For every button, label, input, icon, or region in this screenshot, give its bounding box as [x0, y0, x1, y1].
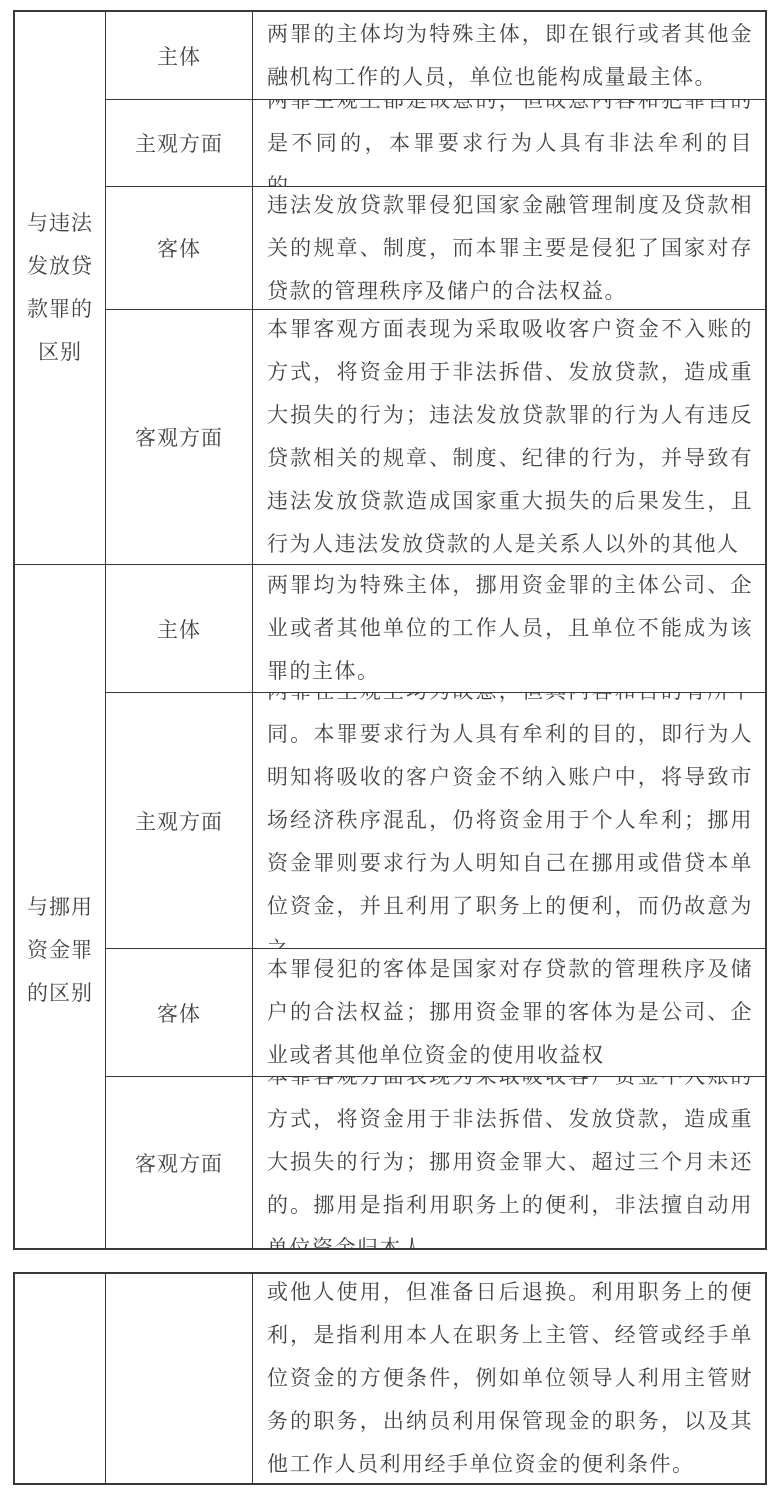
- aspect-cell-object-2: 客体: [105, 948, 252, 1076]
- aspect-label: 客观方面: [135, 1148, 223, 1178]
- empty-aspect-cell: [105, 1274, 252, 1483]
- aspect-label: 主观方面: [135, 128, 223, 158]
- aspect-cell-subjective-2: 主观方面: [105, 692, 252, 948]
- comparison-table: 与违法发放贷款罪的区别 主体 两罪的主体均为特殊主体，即在银行或者其他金融机构工…: [13, 10, 767, 1250]
- aspect-label: 主体: [157, 614, 201, 644]
- aspect-cell-objective: 客观方面: [105, 309, 252, 564]
- content-text: 本罪客观方面表现为采取吸收客户资金不入账的方式，将资金用于非法拆借、发放贷款，造…: [267, 1076, 753, 1248]
- aspect-label: 客体: [157, 233, 201, 263]
- content-text: 两罪均为特殊主体，挪用资金罪的主体公司、企业或者其他单位的工作人员，且单位不能成…: [267, 564, 753, 692]
- aspect-label: 客体: [157, 998, 201, 1028]
- content-cell-continuation: 或他人使用，但准备日后退换。利用职务上的便利，是指利用本人在职务上主管、经管或经…: [252, 1274, 765, 1483]
- content-cell-objective-2: 本罪客观方面表现为采取吸收客户资金不入账的方式，将资金用于非法拆借、发放贷款，造…: [252, 1076, 765, 1248]
- content-cell-subject: 两罪的主体均为特殊主体，即在银行或者其他金融机构工作的人员，单位也能构成量最主体…: [252, 12, 765, 99]
- content-text: 违法发放贷款罪侵犯国家金融管理制度及贷款相关的规章、制度，而本罪主要是侵犯了国家…: [267, 186, 753, 309]
- content-text: 两罪在主观上均为故意，但其内容和目的有所不同。本罪要求行为人具有牟利的目的，即行…: [267, 692, 753, 948]
- content-cell-subjective: 两罪主观上都是故意的，但故意内容和犯罪目的是不同的，本罪要求行为人具有非法牟利的…: [252, 99, 765, 186]
- group-header-illegal-loan-crime: 与违法发放贷款罪的区别: [15, 12, 105, 564]
- continuation-table: 或他人使用，但准备日后退换。利用职务上的便利，是指利用本人在职务上主管、经管或经…: [13, 1272, 767, 1485]
- empty-group-cell: [15, 1274, 105, 1483]
- aspect-cell-subjective: 主观方面: [105, 99, 252, 186]
- group-header-misappropriation-crime: 与挪用资金罪的区别: [15, 564, 105, 1248]
- document-page: 与违法发放贷款罪的区别 主体 两罪的主体均为特殊主体，即在银行或者其他金融机构工…: [0, 0, 780, 1496]
- content-text: 两罪的主体均为特殊主体，即在银行或者其他金融机构工作的人员，单位也能构成量最主体…: [267, 13, 753, 99]
- aspect-cell-subject: 主体: [105, 12, 252, 99]
- content-text: 本罪侵犯的客体是国家对存贷款的管理秩序及储户的合法权益；挪用资金罪的客体为是公司…: [267, 948, 753, 1076]
- content-cell-subject-2: 两罪均为特殊主体，挪用资金罪的主体公司、企业或者其他单位的工作人员，且单位不能成…: [252, 564, 765, 692]
- group-label: 与违法发放贷款罪的区别: [26, 202, 94, 374]
- content-text: 本罪客观方面表现为采取吸收客户资金不入账的方式，将资金用于非法拆借、发放贷款，造…: [267, 309, 753, 564]
- aspect-label: 客观方面: [135, 422, 223, 452]
- aspect-cell-object: 客体: [105, 186, 252, 309]
- content-cell-objective: 本罪客观方面表现为采取吸收客户资金不入账的方式，将资金用于非法拆借、发放贷款，造…: [252, 309, 765, 564]
- aspect-cell-objective-2: 客观方面: [105, 1076, 252, 1248]
- content-text: 或他人使用，但准备日后退换。利用职务上的便利，是指利用本人在职务上主管、经管或经…: [267, 1274, 753, 1483]
- group-label: 与挪用资金罪的区别: [26, 886, 94, 1015]
- content-cell-object: 违法发放贷款罪侵犯国家金融管理制度及贷款相关的规章、制度，而本罪主要是侵犯了国家…: [252, 186, 765, 309]
- aspect-label: 主观方面: [135, 806, 223, 836]
- content-text: 两罪主观上都是故意的，但故意内容和犯罪目的是不同的，本罪要求行为人具有非法牟利的…: [267, 99, 753, 186]
- content-cell-subjective-2: 两罪在主观上均为故意，但其内容和目的有所不同。本罪要求行为人具有牟利的目的，即行…: [252, 692, 765, 948]
- aspect-label: 主体: [157, 41, 201, 71]
- content-cell-object-2: 本罪侵犯的客体是国家对存贷款的管理秩序及储户的合法权益；挪用资金罪的客体为是公司…: [252, 948, 765, 1076]
- aspect-cell-subject-2: 主体: [105, 564, 252, 692]
